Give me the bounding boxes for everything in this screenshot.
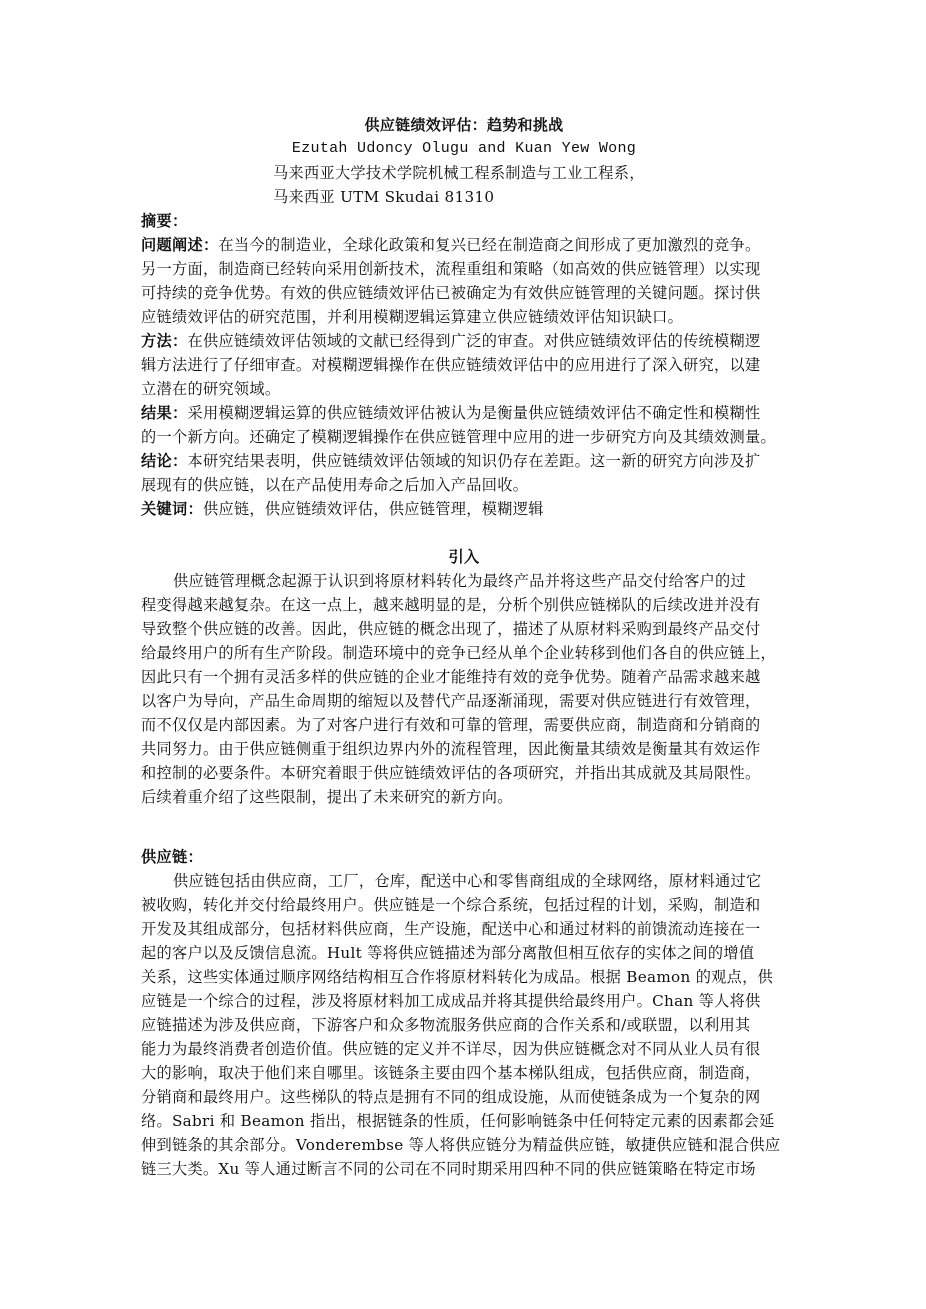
authors: Ezutah Udoncy Olugu and Kuan Yew Wong (141, 137, 787, 161)
supply-chain-line: 分销商和最终用户。这些梯队的特点是拥有不同的组成设施，从而使链条成为一个复杂的网 (141, 1085, 801, 1109)
supply-chain-line: 能力为最终消费者创造价值。供应链的定义并不详尽，因为供应链概念对不同从业人员有很 (141, 1037, 801, 1061)
abstract-results-line: 的一个新方向。还确定了模糊逻辑操作在供应链管理中应用的进一步研究方向及其绩效测量… (141, 425, 801, 449)
supply-chain-line: 络。Sabri 和 Beamon 指出，根据链条的性质，任何影响链条中任何特定元… (141, 1109, 801, 1133)
introduction-line: 给最终用户的所有生产阶段。制造环境中的竞争已经从单个企业转移到他们各自的供应链上… (141, 641, 801, 665)
supply-chain-line: 被收购，转化并交付给最终用户。供应链是一个综合系统，包括过程的计划，采购，制造和 (141, 893, 801, 917)
abstract-problem-line: 另一方面，制造商已经转向采用创新技术，流程重组和策略（如高效的供应链管理）以实现 (141, 257, 801, 281)
introduction-line: 而不仅仅是内部因素。为了对客户进行有效和可靠的管理，需要供应商，制造商和分销商的 (141, 713, 801, 737)
abstract-problem-line: 可持续的竞争优势。有效的供应链绩效评估已被确定为有效供应链管理的关键问题。探讨供 (141, 281, 801, 305)
abstract-results-line: 结果：采用模糊逻辑运算的供应链绩效评估被认为是衡量供应链绩效评估不确定性和模糊性 (141, 401, 801, 425)
introduction-line: 供应链管理概念起源于认识到将原材料转化为最终产品并将这些产品交付给客户的过 (141, 569, 801, 593)
abstract-method-line: 方法：在供应链绩效评估领域的文献已经得到广泛的审查。对供应链绩效评估的传统模糊逻 (141, 329, 801, 353)
supply-chain-heading: 供应链： (141, 845, 801, 869)
affiliation-line-1: 马来西亚大学技术学院机械工程系制造与工业工程系， (141, 161, 801, 185)
supply-chain-line: 关系，这些实体通过顺序网络结构相互合作将原材料转化为成品。根据 Beamon 的… (141, 965, 801, 989)
spacer (141, 809, 801, 833)
introduction-line: 共同努力。由于供应链侧重于组织边界内外的流程管理，因此衡量其绩效是衡量其有效运作 (141, 737, 801, 761)
supply-chain-line: 大的影响，取决于他们来自哪里。该链条主要由四个基本梯队组成，包括供应商，制造商， (141, 1061, 801, 1085)
introduction-line: 后续着重介绍了这些限制，提出了未来研究的新方向。 (141, 785, 801, 809)
spacer (141, 833, 801, 845)
conclusion-label: 结论： (141, 452, 187, 470)
supply-chain-line: 伸到链条的其余部分。Vonderembse 等人将供应链分为精益供应链，敏捷供应… (141, 1133, 801, 1157)
introduction-line: 导致整个供应链的改善。因此，供应链的概念出现了，描述了从原材料采购到最终产品交付 (141, 617, 801, 641)
affiliation-line-2: 马来西亚 UTM Skudai 81310 (141, 185, 801, 209)
introduction-line: 程变得越来越复杂。在这一点上，越来越明显的是，分析个别供应链梯队的后续改进并没有 (141, 593, 801, 617)
results-label: 结果： (141, 404, 187, 422)
keywords-line: 关键词：供应链，供应链绩效评估，供应链管理，模糊逻辑 (141, 497, 801, 521)
abstract-heading: 摘要： (141, 209, 801, 233)
abstract-conclusion-line: 展现有的供应链，以在产品使用寿命之后加入产品回收。 (141, 473, 801, 497)
keywords-label: 关键词： (141, 500, 203, 518)
supply-chain-line: 应链描述为涉及供应商，下游客户和众多物流服务供应商的合作关系和/或联盟，以利用其 (141, 1013, 801, 1037)
abstract-problem-line: 应链绩效评估的研究范围，并利用模糊逻辑运算建立供应链绩效评估知识缺口。 (141, 305, 801, 329)
introduction-line: 和控制的必要条件。本研究着眼于供应链绩效评估的各项研究，并指出其成就及其局限性。 (141, 761, 801, 785)
spacer (141, 521, 801, 545)
introduction-line: 因此只有一个拥有灵活多样的供应链的企业才能维持有效的竞争优势。随着产品需求越来越 (141, 665, 801, 689)
abstract-method-line: 立潜在的研究领域。 (141, 377, 801, 401)
supply-chain-line: 链三大类。Xu 等人通过断言不同的公司在不同时期采用四种不同的供应链策略在特定市… (141, 1157, 801, 1181)
supply-chain-line: 供应链包括由供应商，工厂，仓库，配送中心和零售商组成的全球网络，原材料通过它 (141, 869, 801, 893)
supply-chain-line: 起的客户以及反馈信息流。Hult 等将供应链描述为部分离散但相互依存的实体之间的… (141, 941, 801, 965)
introduction-line: 以客户为导向，产品生命周期的缩短以及替代产品逐渐涌现，需要对供应链进行有效管理， (141, 689, 801, 713)
document-page: 供应链绩效评估：趋势和挑战 Ezutah Udoncy Olugu and Ku… (141, 113, 801, 1181)
introduction-heading: 引入 (141, 545, 787, 569)
abstract-problem-line: 问题阐述：在当今的制造业，全球化政策和复兴已经在制造商之间形成了更加激烈的竞争。 (141, 233, 801, 257)
problem-label: 问题阐述： (141, 236, 218, 254)
paper-title: 供应链绩效评估：趋势和挑战 (141, 113, 787, 137)
method-label: 方法： (141, 332, 187, 350)
supply-chain-line: 应链是一个综合的过程，涉及将原材料加工成成品并将其提供给最终用户。Chan 等人… (141, 989, 801, 1013)
abstract-conclusion-line: 结论：本研究结果表明，供应链绩效评估领域的知识仍存在差距。这一新的研究方向涉及扩 (141, 449, 801, 473)
supply-chain-line: 开发及其组成部分，包括材料供应商，生产设施，配送中心和通过材料的前馈流动连接在一 (141, 917, 801, 941)
abstract-method-line: 辑方法进行了仔细审查。对模糊逻辑操作在供应链绩效评估中的应用进行了深入研究，以建 (141, 353, 801, 377)
